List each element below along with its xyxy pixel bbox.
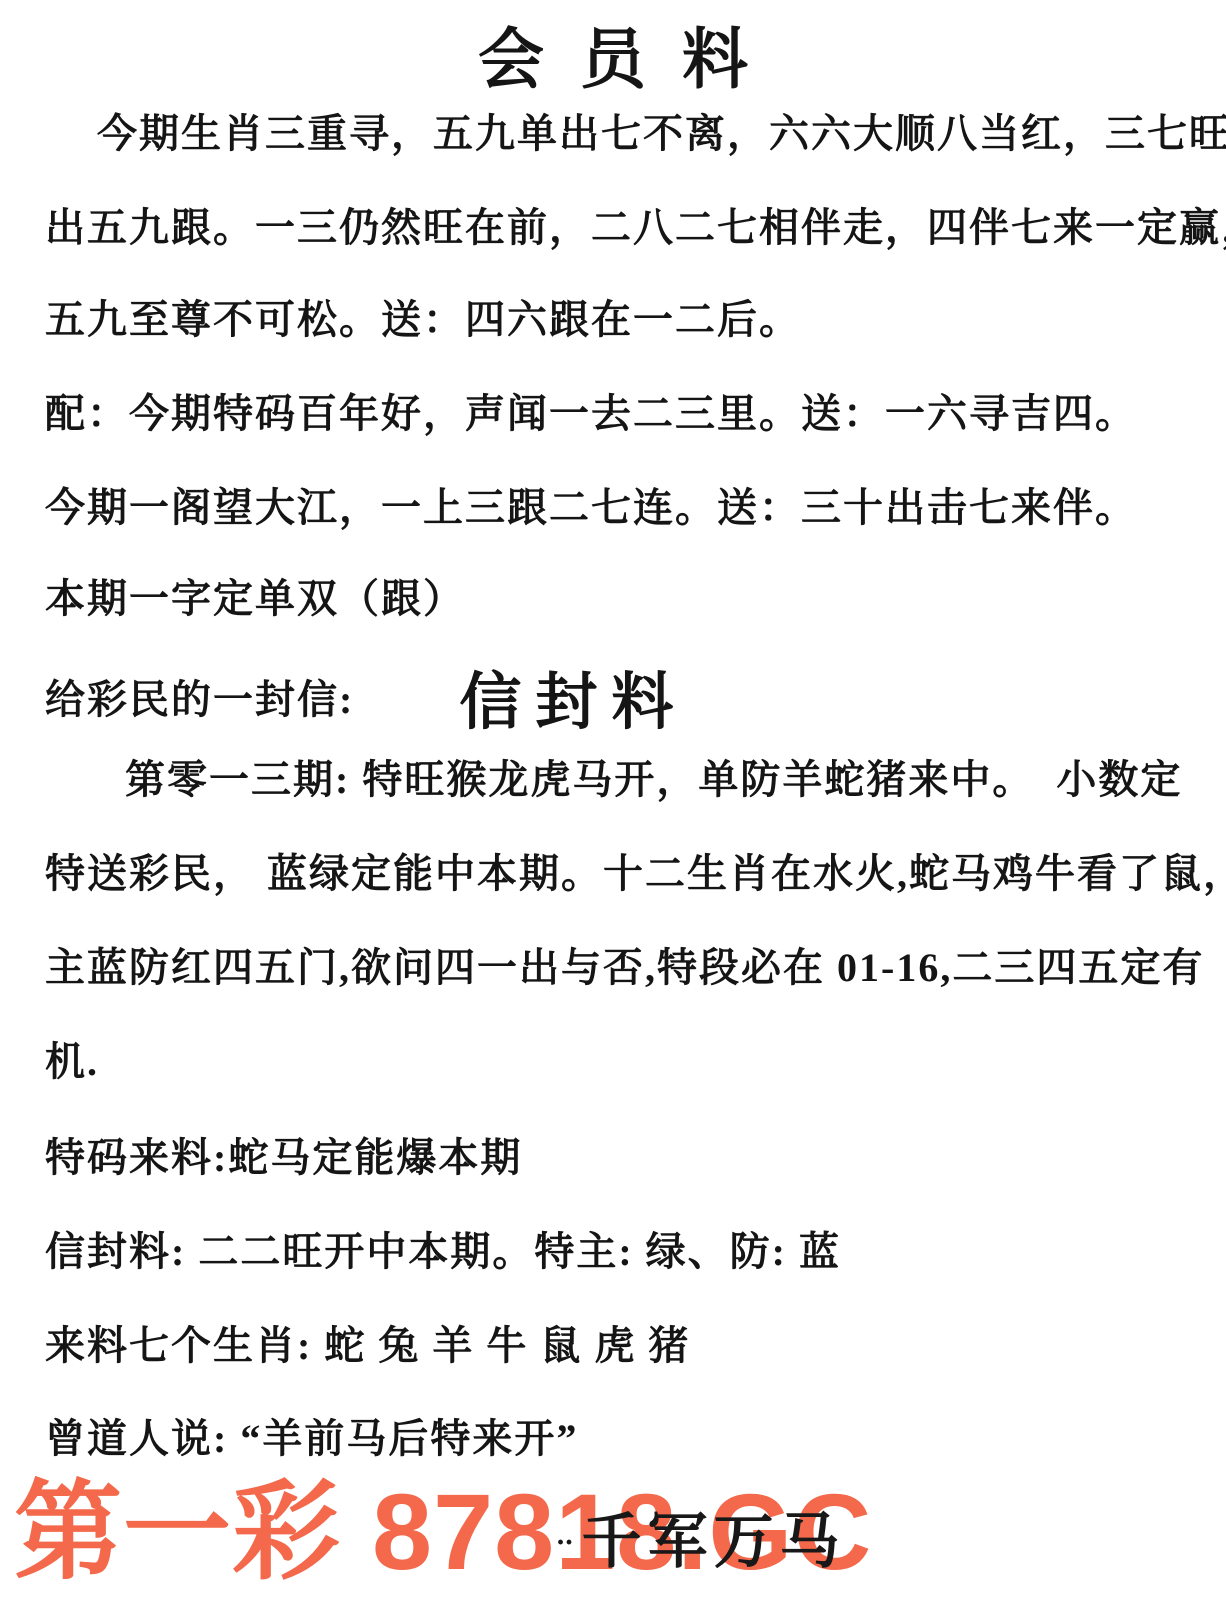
text-line: 主蓝防红四五门,欲问四一出与否,特段必在 01-16,二三四五定有 (45, 936, 1195, 993)
document-title: 会员料 (0, 6, 1226, 101)
text-line: 今期一阁望大江，一上三跟二七连。送：三十出击七来伴。 (45, 476, 1195, 533)
text-line: 机. (45, 1030, 1195, 1087)
text-line: 特送彩民， 蓝绿定能中本期。十二生肖在水火,蛇马鸡牛看了鼠， (45, 842, 1195, 899)
text-line: 特码来料:蛇马定能爆本期 (45, 1126, 1195, 1183)
envelope-section-title: 信封料 (459, 669, 687, 737)
text-line: 本期一字定单双（跟） (45, 567, 1195, 624)
text-line: 来料七个生肖: 蛇 兔 羊 牛 鼠 虎 猪 (45, 1314, 1195, 1371)
text-line: 配：今期特码百年好，声闻一去二三里。送：一六寻吉四。 (45, 382, 1195, 439)
footer-heading-dots: ‥ (556, 1521, 576, 1550)
envelope-intro-label: 给彩民的一封信: (45, 677, 354, 722)
footer-heading: ‥千军万马 (556, 1494, 846, 1580)
text-line: 信封料: 二二旺开中本期。特主: 绿、防: 蓝 (45, 1220, 1195, 1277)
text-line: 第零一三期: 特旺猴龙虎马开，单防羊蛇猪来中。 小数定 (45, 748, 1195, 805)
text-line: 出五九跟。一三仍然旺在前，二八二七相伴走，四伴七来一定赢， (45, 196, 1195, 253)
footer-heading-text: 千军万马 (582, 1509, 846, 1575)
text-line: 曾道人说: “羊前马后特来开” (45, 1407, 1195, 1464)
envelope-section-header: 给彩民的一封信:信封料 (45, 652, 1195, 741)
text-line: 五九至尊不可松。送：四六跟在一二后。 (45, 288, 1195, 345)
text-line: 今期生肖三重寻，五九单出七不离，六六大顺八当红，三七旺 (45, 102, 1195, 159)
